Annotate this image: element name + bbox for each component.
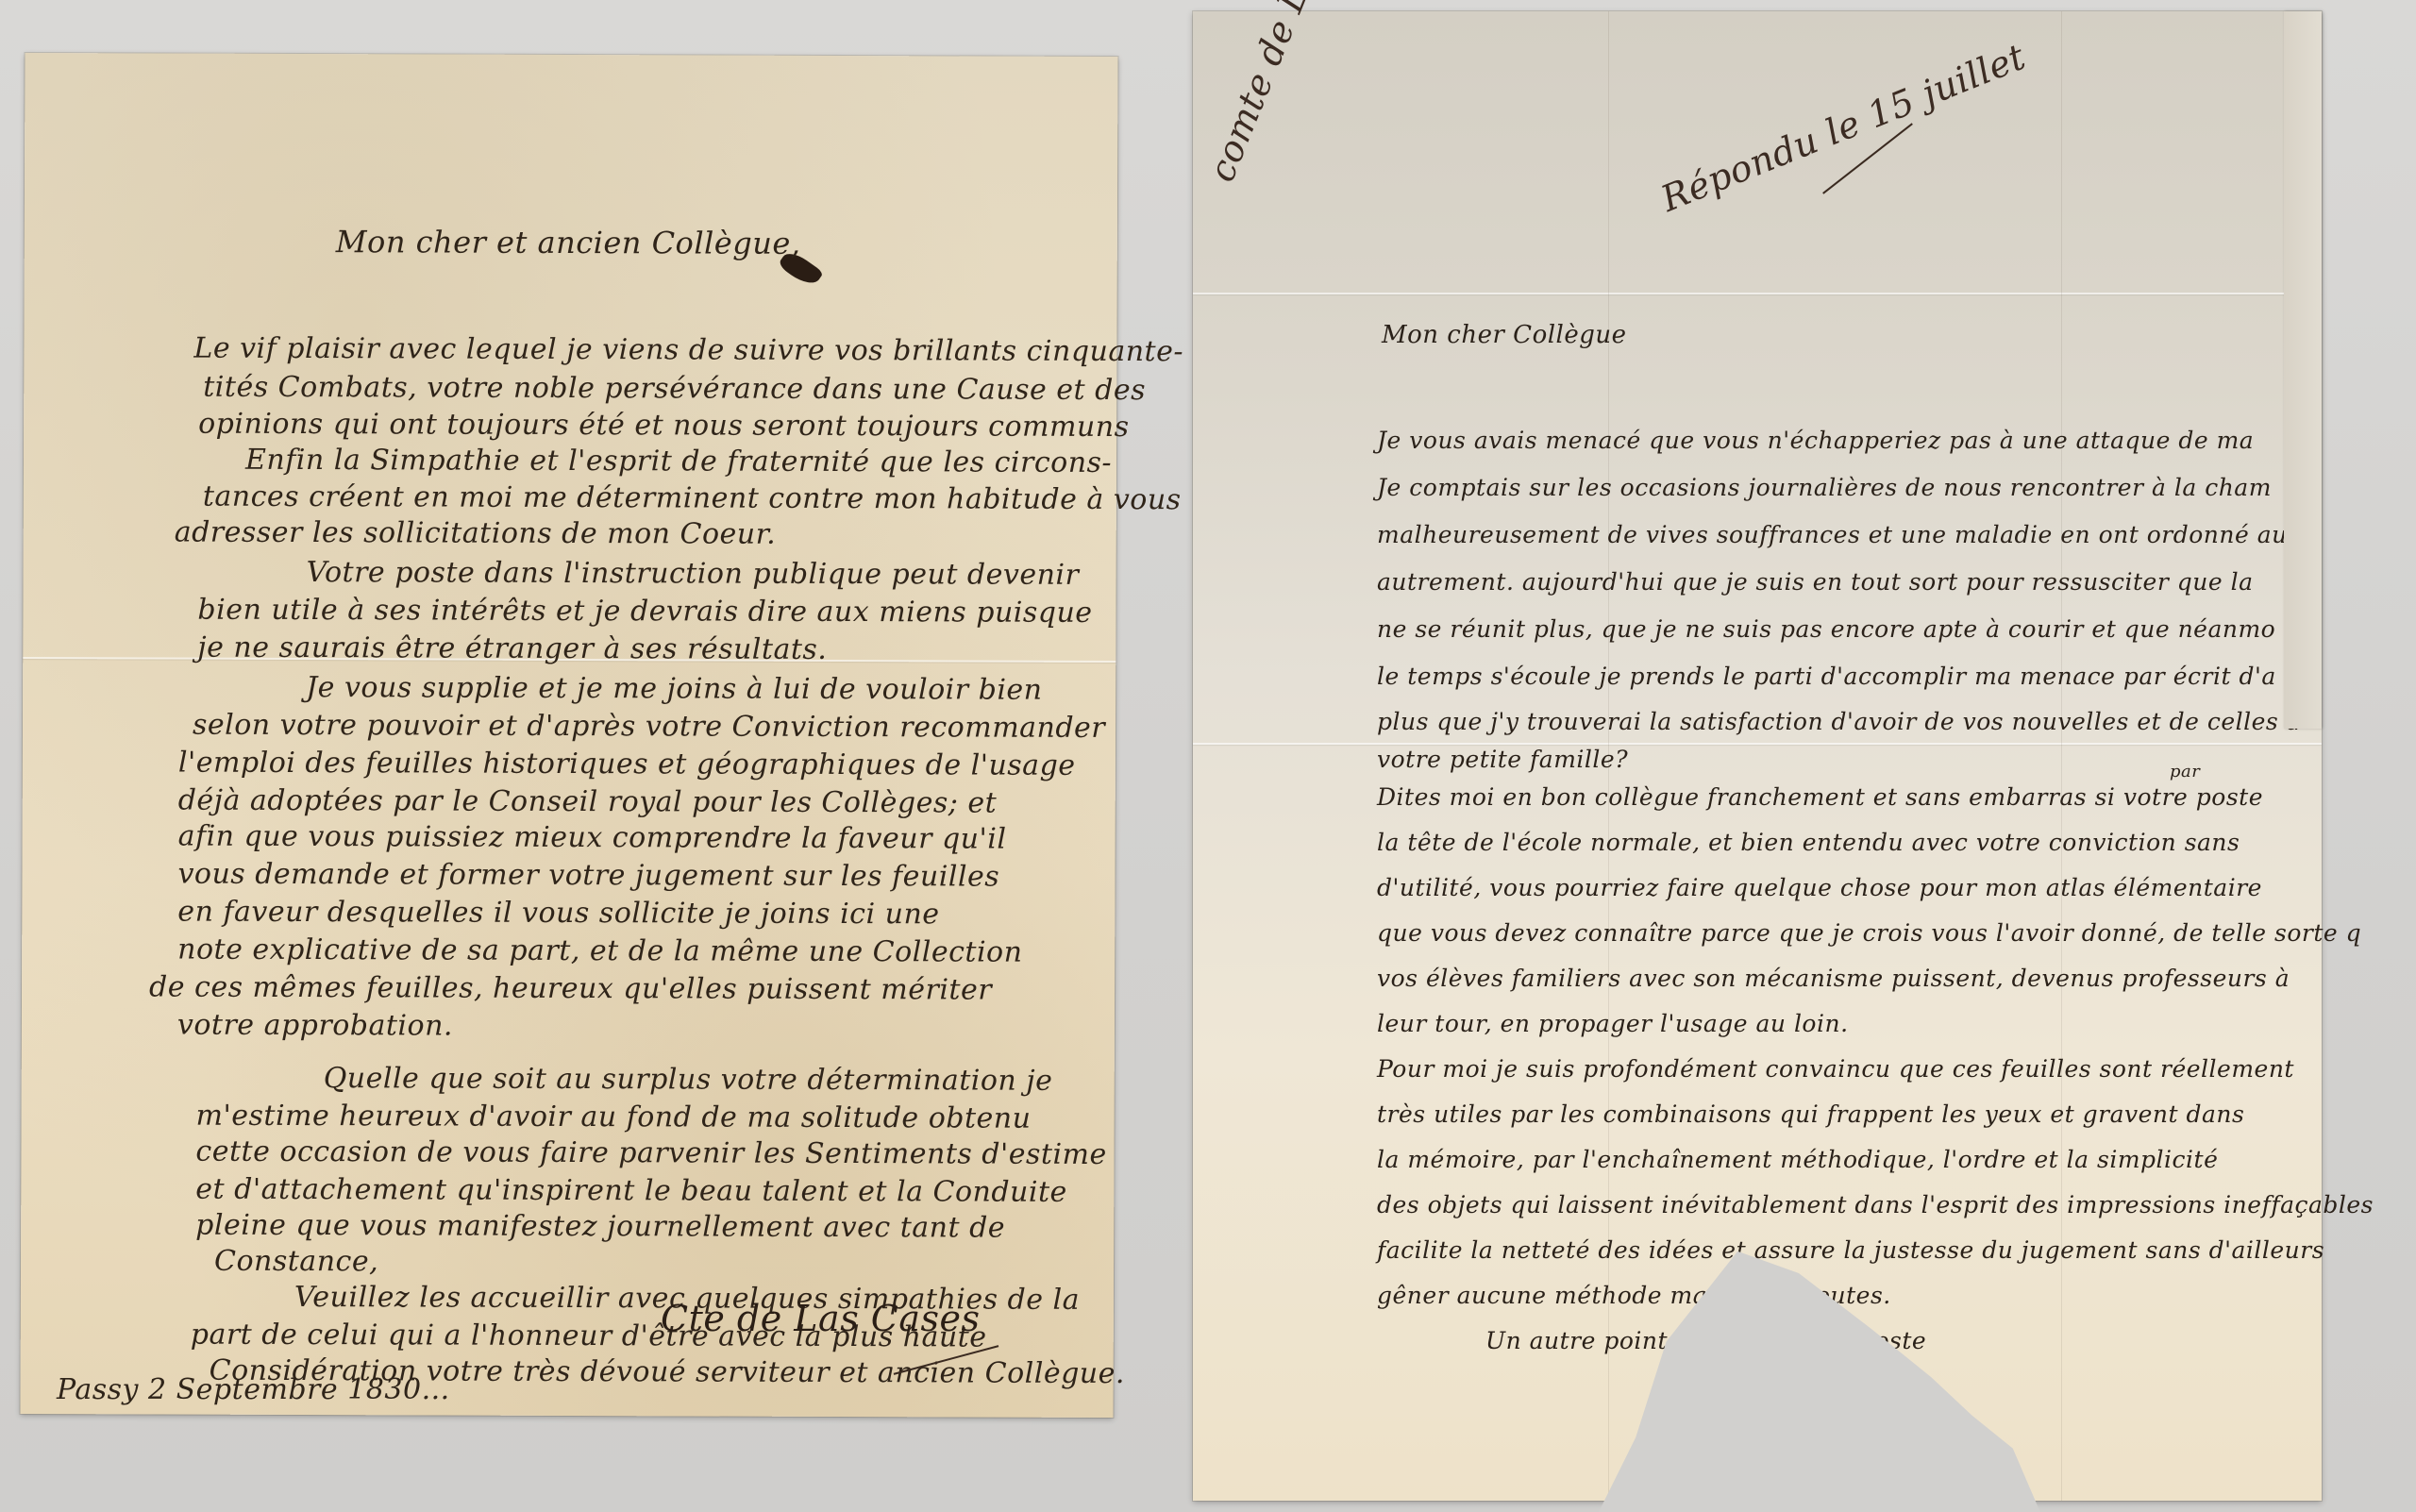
letter-line: Pour moi je suis profondément convaincu … bbox=[1377, 1055, 2294, 1083]
letter-line: Votre poste dans l'instruction publique … bbox=[307, 556, 1080, 592]
letter-line: et d'attachement qu'inspirent le beau ta… bbox=[195, 1173, 1067, 1209]
letter-line: de ces mêmes feuilles, heureux qu'elles … bbox=[149, 970, 992, 1006]
letter-line: tances créent en moi me déterminent cont… bbox=[203, 480, 1182, 517]
letter-line: adresser les sollicitations de mon Coeur… bbox=[175, 516, 777, 551]
letter-line: Dites moi en bon collègue franchement et… bbox=[1377, 783, 2263, 811]
letter-line: opinions qui ont toujours été et nous se… bbox=[198, 408, 1129, 444]
letter-line: Je vous supplie et je me joins à lui de … bbox=[306, 671, 1042, 707]
place-date: Passy 2 Septembre 1830... bbox=[57, 1373, 450, 1406]
letter-line: je ne saurais être étranger à ses résult… bbox=[197, 631, 827, 666]
letter-line: bien utile à ses intérêts et je devrais … bbox=[197, 594, 1092, 630]
letter-line: ne se réunit plus, que je ne suis pas en… bbox=[1377, 615, 2275, 643]
folded-edge-flap bbox=[2284, 11, 2322, 729]
letter-line: en faveur desquelles il vous sollicite j… bbox=[177, 896, 939, 932]
letter-line: Le vif plaisir avec lequel je viens de s… bbox=[193, 332, 1183, 369]
letter-line: cette occasion de vous faire parvenir le… bbox=[195, 1135, 1106, 1171]
letter-line: votre approbation. bbox=[177, 1009, 453, 1043]
letter-line: d'utilité, vous pourriez faire quelque c… bbox=[1377, 874, 2262, 901]
letter-line: que vous devez connaître parce que je cr… bbox=[1377, 919, 2361, 947]
letter-line: le temps s'écoule je prends le parti d'a… bbox=[1377, 663, 2276, 690]
fold-crease bbox=[2061, 11, 2062, 1501]
letter-line: vous demande et former votre jugement su… bbox=[177, 858, 999, 894]
letter-line: déjà adoptées par le Conseil royal pour … bbox=[178, 784, 998, 820]
letter-line: votre petite famille? bbox=[1377, 746, 1628, 773]
signature: Cte de Las Cases bbox=[661, 1298, 981, 1339]
letter-line: plus que j'y trouverai la satisfaction d… bbox=[1377, 708, 2302, 735]
letter-line: l'emploi des feuilles historiques et géo… bbox=[178, 747, 1076, 782]
annotation-reply-date: Répondu le 15 juillet bbox=[1655, 36, 2031, 220]
letter-line: afin que vous puissiez mieux comprendre … bbox=[178, 820, 1007, 856]
letter-line: très utiles par les combinaisons qui fra… bbox=[1377, 1100, 2244, 1128]
letter-line: vos élèves familiers avec son mécanisme … bbox=[1377, 965, 2290, 992]
letter-line: Enfin la Simpathie et l'esprit de frater… bbox=[245, 444, 1112, 479]
letter-line: Quelle que soit au surplus votre détermi… bbox=[324, 1062, 1053, 1098]
letter-line: facilite la netteté des idées et assure … bbox=[1377, 1236, 2324, 1264]
fold-crease bbox=[1193, 743, 2322, 745]
letter-line: Constance, bbox=[214, 1245, 378, 1279]
letter-line: la tête de l'école normale, et bien ente… bbox=[1377, 829, 2240, 856]
salutation: Mon cher Collègue bbox=[1382, 321, 1627, 349]
letter-line: leur tour, en propager l'usage au loin. bbox=[1377, 1010, 1849, 1037]
letter-line: autrement. aujourd'hui que je suis en to… bbox=[1377, 568, 2254, 596]
letter-line: selon votre pouvoir et d'après votre Con… bbox=[193, 709, 1105, 745]
letter-line: Je vous avais menacé que vous n'échapper… bbox=[1377, 427, 2254, 454]
letter-line: note explicative de sa part, et de la mê… bbox=[177, 933, 1022, 969]
letter-line: pleine que vous manifestez journellement… bbox=[195, 1209, 1005, 1245]
interlinear-insert: par bbox=[2170, 762, 2200, 781]
left-letter-page: Mon cher et ancien Collègue, Le vif plai… bbox=[20, 53, 1117, 1418]
letter-line: m'estime heureux d'avoir au fond de ma s… bbox=[196, 1100, 1032, 1135]
letter-line: des objets qui laissent inévitablement d… bbox=[1377, 1191, 2374, 1218]
fold-crease bbox=[1193, 293, 2322, 294]
letter-line: Je comptais sur les occasions journalièr… bbox=[1377, 474, 2272, 501]
letter-line: tités Combats, votre noble persévérance … bbox=[203, 371, 1146, 407]
salutation: Mon cher et ancien Collègue, bbox=[336, 224, 801, 261]
letter-line: malheureusement de vives souffrances et … bbox=[1377, 521, 2288, 548]
letter-line: la mémoire, par l'enchaînement méthodiqu… bbox=[1377, 1146, 2218, 1173]
annotation-author: comte de Las Cases bbox=[1200, 0, 1377, 187]
